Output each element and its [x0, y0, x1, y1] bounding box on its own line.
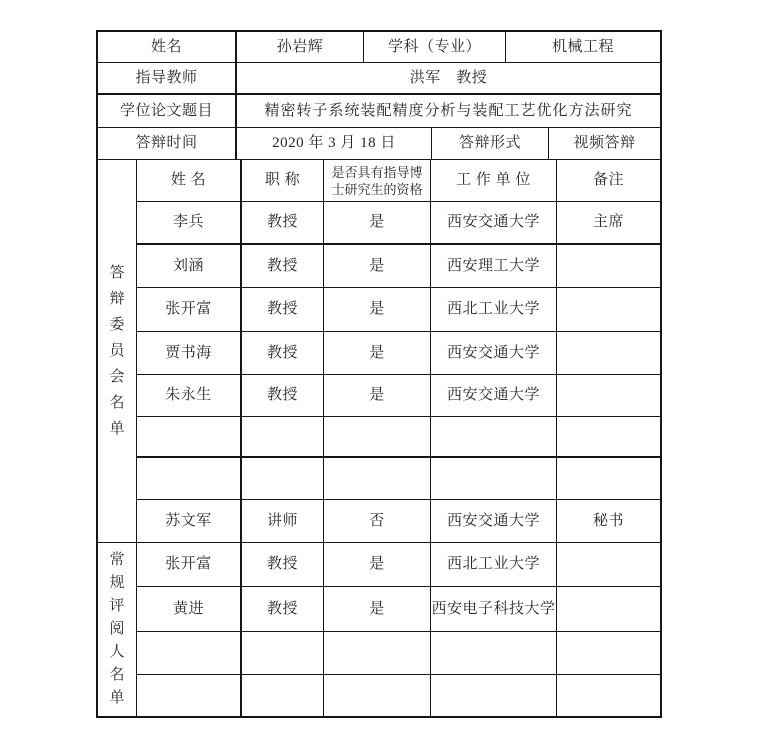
table-row: 指导教师 洪军 教授	[98, 63, 660, 95]
header-title-cell: 职 称	[242, 160, 324, 201]
committee-member-row: 贾书海 教授 是 西安交通大学	[137, 332, 660, 375]
member-work-unit-cell: 西安理工大学	[431, 245, 557, 287]
committee-member-row	[137, 417, 660, 458]
reviewer-title-cell	[242, 675, 324, 716]
reviewer-row: 黄进 教授 是 西安电子科技大学	[137, 587, 660, 632]
reviewer-qualification-cell	[324, 632, 431, 674]
reviewer-qualification-cell	[324, 675, 431, 716]
member-qualification-cell: 是	[324, 375, 431, 416]
committee-section-label-cell: 答辩委员会名单	[98, 160, 137, 542]
committee-section: 答辩委员会名单 姓 名 职 称 是否具有指导博 士研究生的资格 工 作 单 位 …	[98, 160, 660, 543]
reviewer-work-unit-cell	[431, 675, 557, 716]
member-note-cell	[557, 458, 660, 499]
name-value-cell: 孙岩辉	[237, 32, 364, 62]
member-qualification-cell	[324, 458, 431, 499]
reviewer-title-cell: 教授	[242, 543, 324, 586]
committee-header-row: 姓 名 职 称 是否具有指导博 士研究生的资格 工 作 单 位 备注	[137, 160, 660, 202]
reviewer-name-cell	[137, 675, 242, 716]
member-name-cell	[137, 417, 242, 456]
header-qualification-line1: 是否具有指导博	[331, 164, 422, 181]
reviewer-title-cell: 教授	[242, 587, 324, 631]
member-note-cell	[557, 245, 660, 287]
committee-secretary-row: 苏文军 讲师 否 西安交通大学 秘书	[137, 500, 660, 542]
defense-format-value-cell: 视频答辩	[549, 128, 660, 159]
reviewers-section: 常规评阅人名单 张开富 教授 是 西北工业大学 黄进 教授 是 西安电子科技大学	[98, 543, 660, 716]
header-qualification-line2: 士研究生的资格	[331, 181, 422, 198]
member-note-cell	[557, 417, 660, 456]
table-row: 学位论文题目 精密转子系统装配精度分析与装配工艺优化方法研究	[98, 95, 660, 128]
reviewer-work-unit-cell	[431, 632, 557, 674]
reviewer-note-cell	[557, 587, 660, 631]
committee-member-row: 张开富 教授 是 西北工业大学	[137, 288, 660, 332]
reviewer-name-cell: 张开富	[137, 543, 242, 586]
member-title-cell: 教授	[242, 375, 324, 416]
member-work-unit-cell: 西北工业大学	[431, 288, 557, 331]
member-work-unit-cell: 西安交通大学	[431, 500, 557, 542]
thesis-title-label-cell: 学位论文题目	[98, 95, 237, 127]
header-name-cell: 姓 名	[137, 160, 242, 201]
major-value-cell: 机械工程	[506, 32, 660, 62]
header-qualification-cell: 是否具有指导博 士研究生的资格	[324, 160, 431, 201]
defense-format-label-cell: 答辩形式	[432, 128, 549, 159]
member-note-cell	[557, 332, 660, 374]
name-label-cell: 姓名	[98, 32, 237, 62]
member-qualification-cell: 否	[324, 500, 431, 542]
member-qualification-cell	[324, 417, 431, 456]
member-title-cell	[242, 458, 324, 499]
table-row: 答辩时间 2020 年 3 月 18 日 答辩形式 视频答辩	[98, 128, 660, 160]
reviewer-name-cell	[137, 632, 242, 674]
member-name-cell	[137, 458, 242, 499]
member-name-cell: 刘涵	[137, 245, 242, 287]
thesis-title-value-cell: 精密转子系统装配精度分析与装配工艺优化方法研究	[237, 95, 660, 127]
member-title-cell: 教授	[242, 245, 324, 287]
table-row: 姓名 孙岩辉 学科（专业） 机械工程	[98, 32, 660, 63]
member-name-cell: 苏文军	[137, 500, 242, 542]
reviewer-note-cell	[557, 632, 660, 674]
reviewer-name-cell: 黄进	[137, 587, 242, 631]
document-page: 姓名 孙岩辉 学科（专业） 机械工程 指导教师 洪军 教授 学位论文题目 精密转…	[0, 0, 760, 750]
header-note-cell: 备注	[557, 160, 660, 201]
reviewer-title-cell	[242, 632, 324, 674]
member-work-unit-cell: 西安交通大学	[431, 375, 557, 416]
advisor-value-cell: 洪军 教授	[237, 63, 660, 93]
reviewer-note-cell	[557, 543, 660, 586]
member-title-cell: 教授	[242, 332, 324, 374]
header-work-unit-cell: 工 作 单 位	[431, 160, 557, 201]
defense-form-table: 姓名 孙岩辉 学科（专业） 机械工程 指导教师 洪军 教授 学位论文题目 精密转…	[96, 30, 662, 718]
member-title-cell: 教授	[242, 288, 324, 331]
reviewer-note-cell	[557, 675, 660, 716]
member-name-cell: 朱永生	[137, 375, 242, 416]
committee-member-row: 刘涵 教授 是 西安理工大学	[137, 245, 660, 288]
reviewers-section-label-cell: 常规评阅人名单	[98, 543, 137, 716]
committee-member-row: 李兵 教授 是 西安交通大学 主席	[137, 202, 660, 245]
reviewer-row	[137, 632, 660, 675]
member-note-cell: 秘书	[557, 500, 660, 542]
member-note-cell: 主席	[557, 202, 660, 243]
major-label-cell: 学科（专业）	[364, 32, 506, 62]
member-work-unit-cell: 西安交通大学	[431, 332, 557, 374]
member-qualification-cell: 是	[324, 288, 431, 331]
member-qualification-cell: 是	[324, 202, 431, 243]
committee-member-row	[137, 458, 660, 500]
member-work-unit-cell: 西安交通大学	[431, 202, 557, 243]
member-title-cell: 讲师	[242, 500, 324, 542]
reviewer-work-unit-cell: 西北工业大学	[431, 543, 557, 586]
member-qualification-cell: 是	[324, 245, 431, 287]
defense-time-value-cell: 2020 年 3 月 18 日	[237, 128, 432, 159]
reviewers-section-label: 常规评阅人名单	[109, 549, 126, 710]
member-note-cell	[557, 375, 660, 416]
defense-time-label-cell: 答辩时间	[98, 128, 237, 159]
committee-member-row: 朱永生 教授 是 西安交通大学	[137, 375, 660, 417]
reviewer-row: 张开富 教授 是 西北工业大学	[137, 543, 660, 587]
reviewer-work-unit-cell: 西安电子科技大学	[431, 587, 557, 631]
member-name-cell: 张开富	[137, 288, 242, 331]
member-title-cell	[242, 417, 324, 456]
member-work-unit-cell	[431, 458, 557, 499]
member-work-unit-cell	[431, 417, 557, 456]
member-note-cell	[557, 288, 660, 331]
member-name-cell: 李兵	[137, 202, 242, 243]
advisor-label-cell: 指导教师	[98, 63, 237, 93]
reviewer-row	[137, 675, 660, 716]
member-name-cell: 贾书海	[137, 332, 242, 374]
reviewer-qualification-cell: 是	[324, 587, 431, 631]
committee-section-label: 答辩委员会名单	[109, 260, 126, 442]
member-title-cell: 教授	[242, 202, 324, 243]
member-qualification-cell: 是	[324, 332, 431, 374]
reviewer-qualification-cell: 是	[324, 543, 431, 586]
